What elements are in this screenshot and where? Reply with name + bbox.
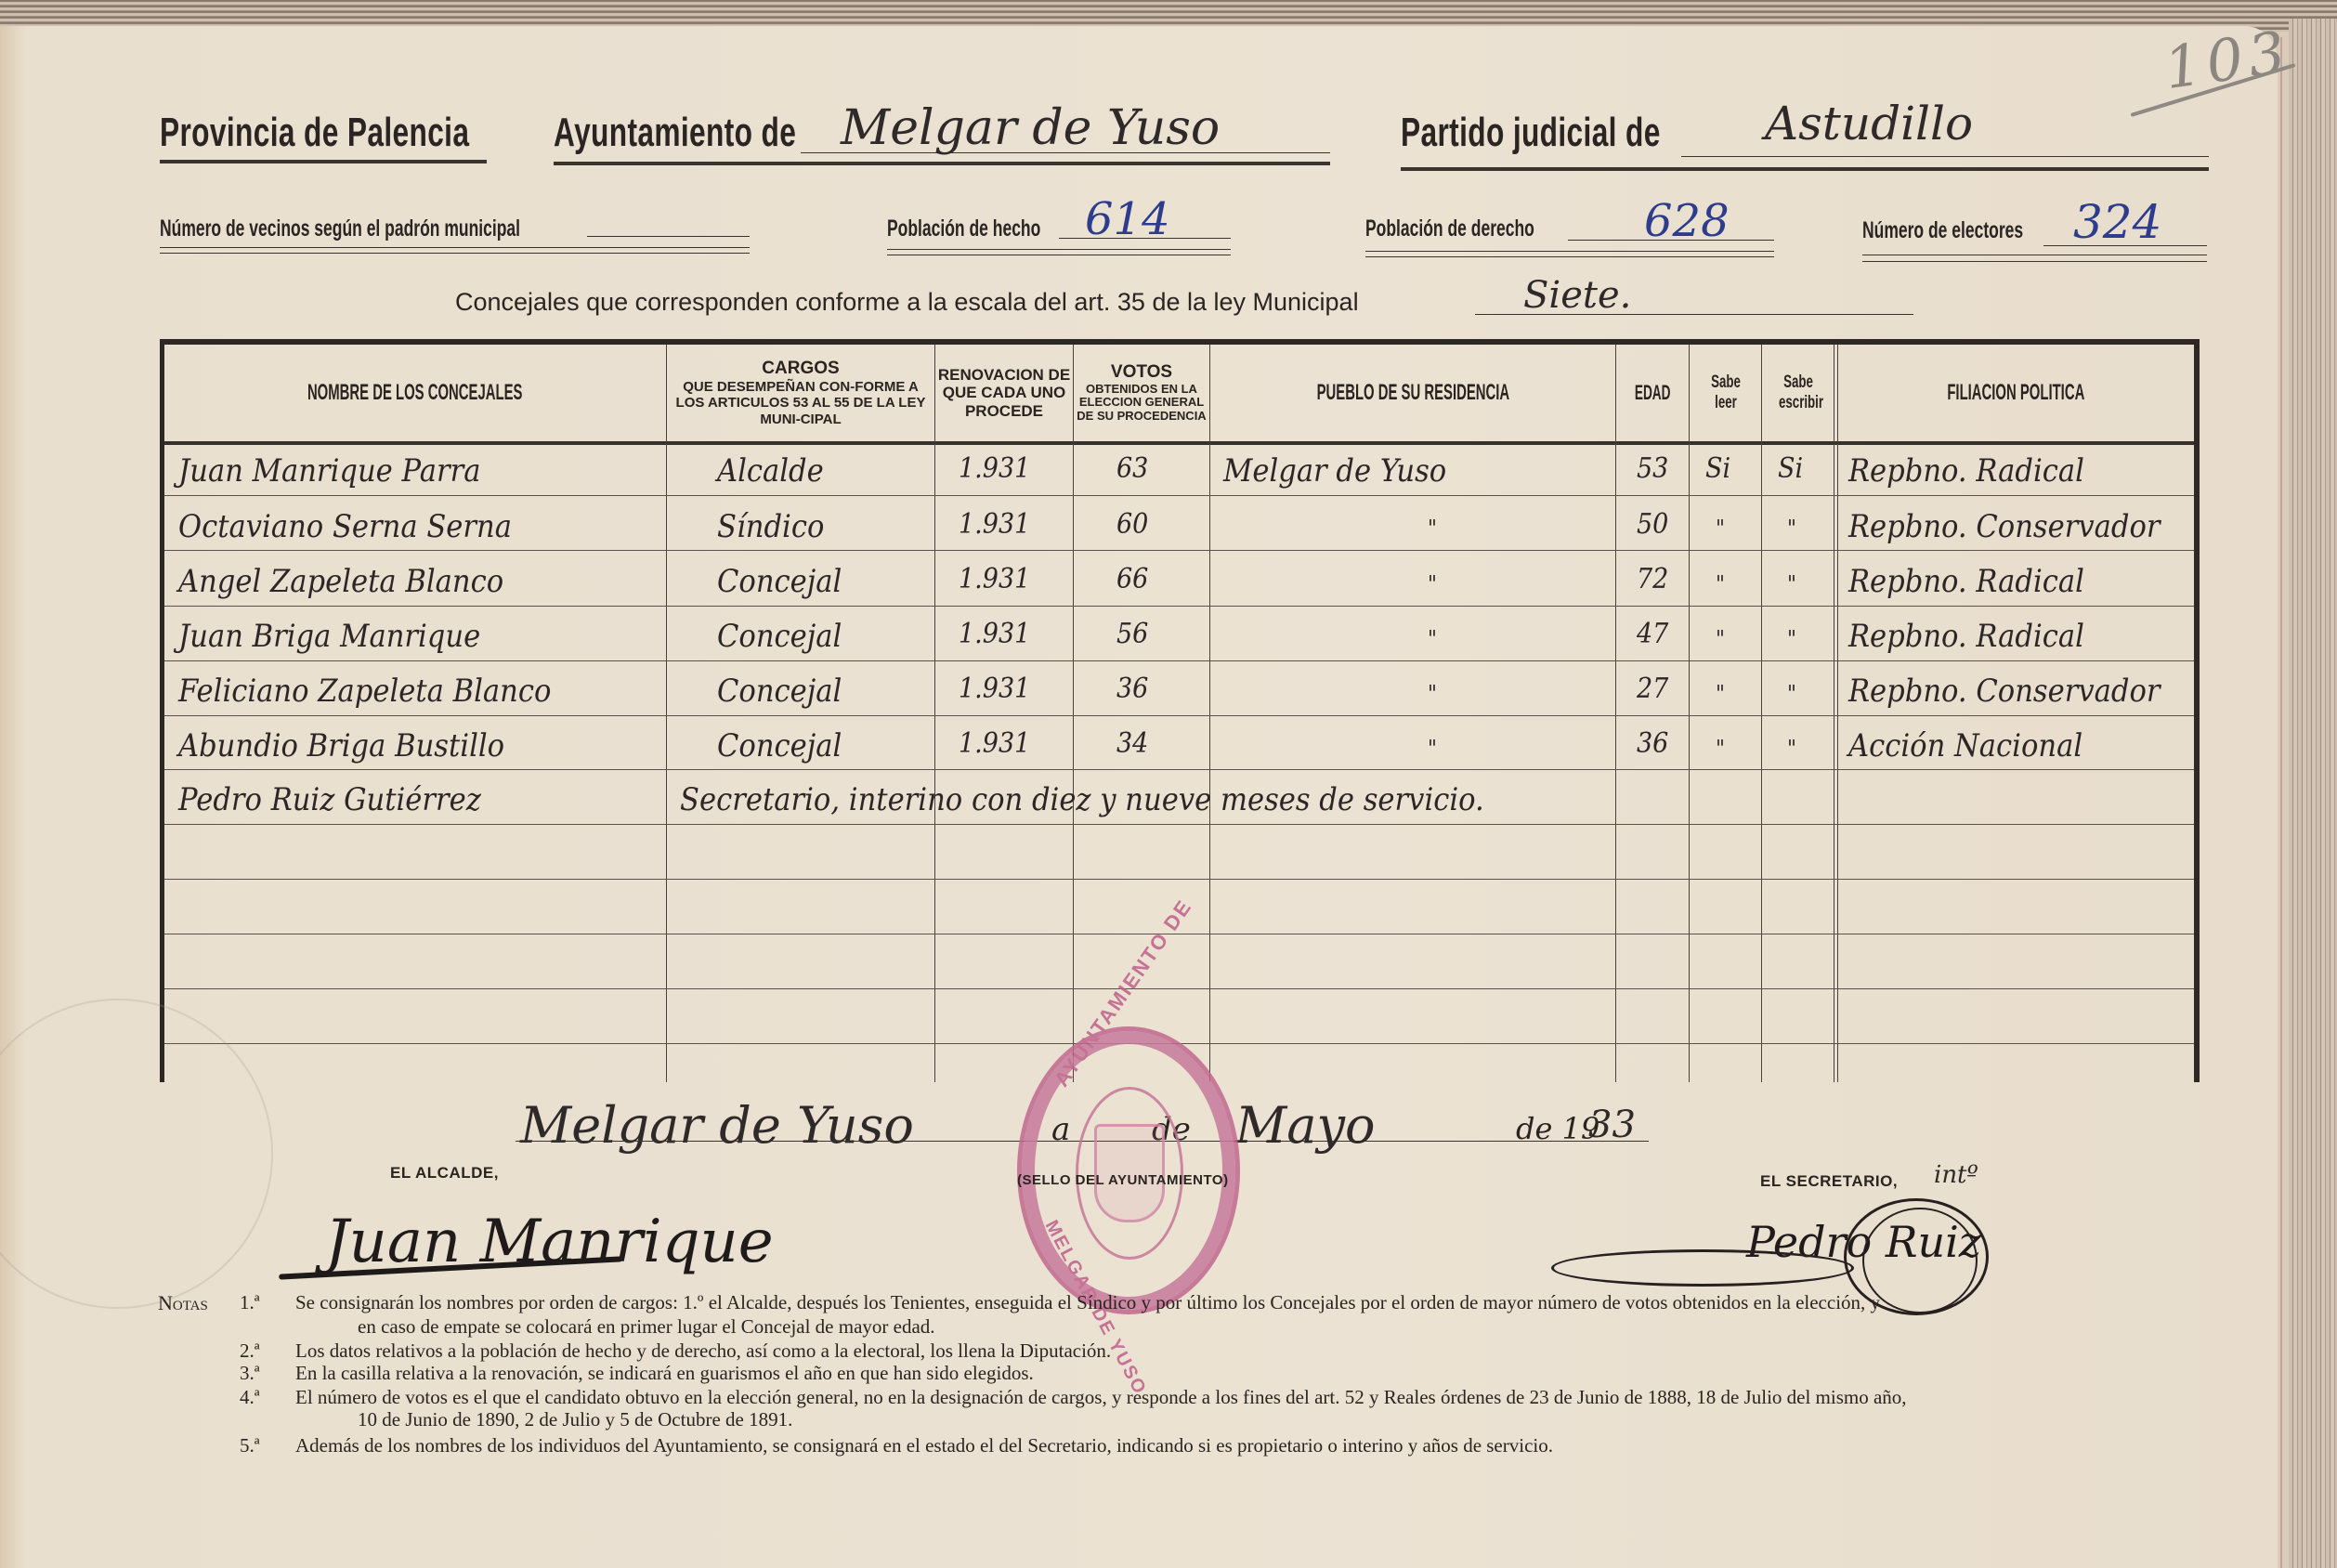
cell-leer: Si bbox=[1705, 452, 1730, 485]
col-divider bbox=[1073, 345, 1074, 1082]
cell-votos: 36 bbox=[1116, 673, 1148, 705]
cell-votos: 56 bbox=[1116, 618, 1148, 650]
cell-votos: 60 bbox=[1116, 508, 1148, 541]
vecinos-field-line bbox=[587, 236, 750, 237]
cell-cargo: Síndico bbox=[717, 508, 824, 545]
place-value: Melgar de Yuso bbox=[520, 1096, 914, 1155]
cell-nombre: Feliciano Zapeleta Blanco bbox=[178, 673, 551, 710]
table-top-border bbox=[160, 339, 2200, 345]
table-header-divider bbox=[164, 441, 2194, 445]
cell-renovacion: 1.931 bbox=[959, 452, 1030, 485]
th-filiacion-text: FILIACION POLITICA bbox=[1947, 380, 2084, 406]
cell-renovacion: 1.931 bbox=[959, 618, 1030, 650]
cell-filiacion: Repbno. Radical bbox=[1848, 563, 2084, 600]
ayuntamiento-value: Melgar de Yuso bbox=[841, 100, 1220, 156]
cell-edad: 72 bbox=[1637, 563, 1668, 595]
secretario-note: intº bbox=[1934, 1161, 1978, 1189]
poblacion-derecho-label: Población de derecho bbox=[1365, 216, 1534, 242]
concejales-value: Siete. bbox=[1523, 274, 1631, 317]
cell-renovacion: 1.931 bbox=[959, 563, 1030, 595]
cell-escribir: Si bbox=[1778, 452, 1803, 485]
note-text: Los datos relativos a la población de he… bbox=[295, 1339, 1111, 1363]
partido-underline bbox=[1401, 167, 2209, 171]
cell-pueblo: " bbox=[1428, 571, 1437, 597]
row-rule bbox=[164, 988, 2194, 989]
col-divider bbox=[1761, 345, 1762, 1082]
cell-nombre: Juan Briga Manrique bbox=[178, 618, 480, 655]
partido-field-line bbox=[1681, 156, 2209, 157]
note-number: 4.ª bbox=[240, 1386, 260, 1409]
cell-votos: 66 bbox=[1116, 563, 1148, 595]
sello-label: (SELLO DEL AYUNTAMIENTO) bbox=[1017, 1172, 1229, 1188]
page-frame-line bbox=[2280, 37, 2282, 1568]
note-text-cont: en caso de empate se colocará en primer … bbox=[358, 1315, 935, 1339]
vecinos-rule-1 bbox=[160, 247, 750, 248]
cell-secretary-note: Secretario, interino con diez y nueve me… bbox=[680, 781, 1484, 818]
year-value: 33 bbox=[1588, 1104, 1636, 1146]
th-pueblo-text: PUEBLO DE SU RESIDENCIA bbox=[1316, 380, 1509, 406]
cell-pueblo: " bbox=[1428, 736, 1437, 762]
concejales-label: Concejales que corresponden conforme a l… bbox=[455, 288, 1359, 317]
cell-pueblo: Melgar de Yuso bbox=[1223, 452, 1446, 490]
col-divider-double bbox=[1834, 345, 1838, 1082]
electores-rule-2 bbox=[1862, 261, 2207, 262]
ayuntamiento-label: Ayuntamiento de bbox=[554, 110, 796, 156]
th-cargos: CARGOS QUE DESEMPEÑAN CON-FORME A LOS AR… bbox=[667, 346, 934, 439]
cell-renovacion: 1.931 bbox=[959, 727, 1030, 760]
note-text: Además de los nombres de los individuos … bbox=[295, 1434, 1553, 1457]
poblacion-hecho-rule-2 bbox=[887, 255, 1231, 255]
cell-nombre: Pedro Ruiz Gutiérrez bbox=[178, 781, 481, 818]
note-text: Se consignarán los nombres por orden de … bbox=[295, 1291, 1880, 1314]
alcalde-label: EL ALCALDE, bbox=[390, 1164, 499, 1183]
secretario-label: EL SECRETARIO, bbox=[1760, 1172, 1898, 1191]
col-divider bbox=[1209, 345, 1210, 1082]
cell-edad: 53 bbox=[1637, 452, 1668, 485]
cell-renovacion: 1.931 bbox=[959, 508, 1030, 541]
col-divider bbox=[1689, 345, 1690, 1082]
th-nombre: NOMBRE DE LOS CONCEJALES bbox=[164, 346, 666, 439]
note-text-cont: 10 de Junio de 1890, 2 de Julio y 5 de O… bbox=[358, 1408, 792, 1431]
row-rule bbox=[164, 879, 2194, 880]
th-sabe-escribir-text: Sabe escribir bbox=[1779, 372, 1818, 413]
th-cargos-sub: QUE DESEMPEÑAN CON-FORME A LOS ARTICULOS… bbox=[667, 379, 934, 427]
cell-nombre: Octaviano Serna Serna bbox=[178, 508, 512, 545]
poblacion-hecho-value: 614 bbox=[1085, 193, 1170, 245]
row-rule bbox=[164, 550, 2194, 551]
cell-cargo: Concejal bbox=[717, 727, 842, 764]
cell-escribir: " bbox=[1787, 681, 1796, 707]
cell-filiacion: Repbno. Radical bbox=[1848, 618, 2084, 655]
cell-filiacion: Repbno. Radical bbox=[1848, 452, 2084, 490]
th-cargos-title: CARGOS bbox=[762, 359, 839, 379]
provincia-underline bbox=[160, 160, 487, 163]
row-rule bbox=[164, 606, 2194, 607]
table-right-border bbox=[2194, 339, 2200, 1082]
row-rule bbox=[164, 715, 2194, 716]
cell-edad: 36 bbox=[1637, 727, 1668, 760]
cell-leer: " bbox=[1716, 626, 1725, 652]
th-sabe-leer: Sabe leer bbox=[1690, 346, 1761, 439]
cell-cargo: Alcalde bbox=[717, 452, 824, 490]
note-text: En la casilla relativa a la renovación, … bbox=[295, 1362, 1034, 1385]
cell-votos: 34 bbox=[1116, 727, 1148, 760]
cell-leer: " bbox=[1716, 736, 1725, 762]
th-filiacion: FILIACION POLITICA bbox=[1837, 346, 2194, 439]
note-number: 5.ª bbox=[240, 1434, 260, 1457]
ayuntamiento-stamp: AYUNTAMIENTO DE MELGAR DE YUSO bbox=[1017, 1026, 1240, 1314]
row-rule bbox=[164, 495, 2194, 496]
note-text: El número de votos es el que el candidat… bbox=[295, 1386, 1907, 1409]
cell-escribir: " bbox=[1787, 626, 1796, 652]
th-edad-text: EDAD bbox=[1635, 381, 1671, 404]
th-votos-title: VOTOS bbox=[1111, 362, 1172, 383]
th-renovacion-text: RENOVACION DE QUE CADA UNO PROCEDE bbox=[935, 366, 1073, 421]
cell-pueblo: " bbox=[1428, 626, 1437, 652]
th-votos: VOTOS OBTENIDOS EN LA ELECCION GENERAL D… bbox=[1074, 346, 1209, 439]
alcalde-signature: Juan Manrique bbox=[325, 1208, 774, 1276]
cell-edad: 50 bbox=[1637, 508, 1668, 541]
row-rule bbox=[164, 824, 2194, 825]
signature-underline-loop bbox=[1551, 1249, 1854, 1287]
poblacion-derecho-rule-1 bbox=[1365, 251, 1774, 252]
col-divider bbox=[934, 345, 935, 1082]
row-rule bbox=[164, 660, 2194, 661]
cell-pueblo: " bbox=[1428, 516, 1437, 542]
table-left-border bbox=[160, 339, 164, 1082]
electores-value: 324 bbox=[2073, 195, 2161, 249]
cell-filiacion: Repbno. Conservador bbox=[1848, 508, 2161, 545]
notes-heading: Notas bbox=[158, 1291, 208, 1315]
poblacion-derecho-value: 628 bbox=[1644, 195, 1730, 247]
cell-nombre: Angel Zapeleta Blanco bbox=[178, 563, 503, 600]
note-number: 1.ª bbox=[240, 1291, 260, 1314]
poblacion-hecho-label: Población de hecho bbox=[887, 216, 1040, 242]
cell-cargo: Concejal bbox=[717, 673, 842, 710]
th-votos-sub: OBTENIDOS EN LA ELECCION GENERAL DE SU P… bbox=[1074, 383, 1209, 425]
cell-cargo: Concejal bbox=[717, 563, 842, 600]
cell-filiacion: Repbno. Conservador bbox=[1848, 673, 2161, 710]
cell-leer: " bbox=[1716, 571, 1725, 597]
electores-label: Número de electores bbox=[1862, 217, 2023, 244]
partido-label: Partido judicial de bbox=[1401, 110, 1661, 156]
note-number: 2.ª bbox=[240, 1339, 260, 1363]
cell-renovacion: 1.931 bbox=[959, 673, 1030, 705]
poblacion-derecho-rule-2 bbox=[1365, 256, 1774, 257]
col-divider bbox=[666, 345, 667, 1082]
col-divider bbox=[1615, 345, 1616, 1082]
cell-escribir: " bbox=[1787, 736, 1796, 762]
th-sabe-leer-text: Sabe leer bbox=[1706, 372, 1745, 413]
cell-cargo: Concejal bbox=[717, 618, 842, 655]
th-nombre-text: NOMBRE DE LOS CONCEJALES bbox=[307, 380, 522, 406]
th-pueblo: PUEBLO DE SU RESIDENCIA bbox=[1210, 346, 1615, 439]
partido-value: Astudillo bbox=[1765, 97, 1973, 150]
provincia-label: Provincia de Palencia bbox=[160, 110, 469, 156]
cell-filiacion: Acción Nacional bbox=[1848, 727, 2082, 764]
th-sabe-escribir: Sabe escribir bbox=[1762, 346, 1834, 439]
vecinos-label: Número de vecinos según el padrón munici… bbox=[160, 216, 520, 242]
poblacion-hecho-rule-1 bbox=[887, 249, 1231, 250]
cell-leer: " bbox=[1716, 681, 1725, 707]
cell-leer: " bbox=[1716, 516, 1725, 542]
book-page-edges-right bbox=[2289, 19, 2337, 1568]
cell-pueblo: " bbox=[1428, 681, 1437, 707]
vecinos-rule-2 bbox=[160, 253, 750, 254]
row-rule bbox=[164, 769, 2194, 770]
cell-nombre: Juan Manrique Parra bbox=[178, 452, 480, 490]
cell-nombre: Abundio Briga Bustillo bbox=[178, 727, 504, 764]
cell-votos: 63 bbox=[1116, 452, 1148, 485]
th-edad: EDAD bbox=[1616, 346, 1689, 439]
ayuntamiento-underline bbox=[554, 162, 1330, 165]
cell-edad: 47 bbox=[1637, 618, 1668, 650]
cell-edad: 27 bbox=[1637, 673, 1668, 705]
note-number: 3.ª bbox=[240, 1362, 260, 1385]
th-renovacion: RENOVACION DE QUE CADA UNO PROCEDE bbox=[935, 346, 1073, 439]
year-label: de 19 bbox=[1516, 1111, 1599, 1146]
cell-escribir: " bbox=[1787, 571, 1796, 597]
month-value: Mayo bbox=[1235, 1096, 1376, 1155]
cell-escribir: " bbox=[1787, 516, 1796, 542]
electores-rule-1 bbox=[1862, 255, 2207, 255]
concejales-table: NOMBRE DE LOS CONCEJALES CARGOS QUE DESE… bbox=[160, 339, 2200, 1082]
